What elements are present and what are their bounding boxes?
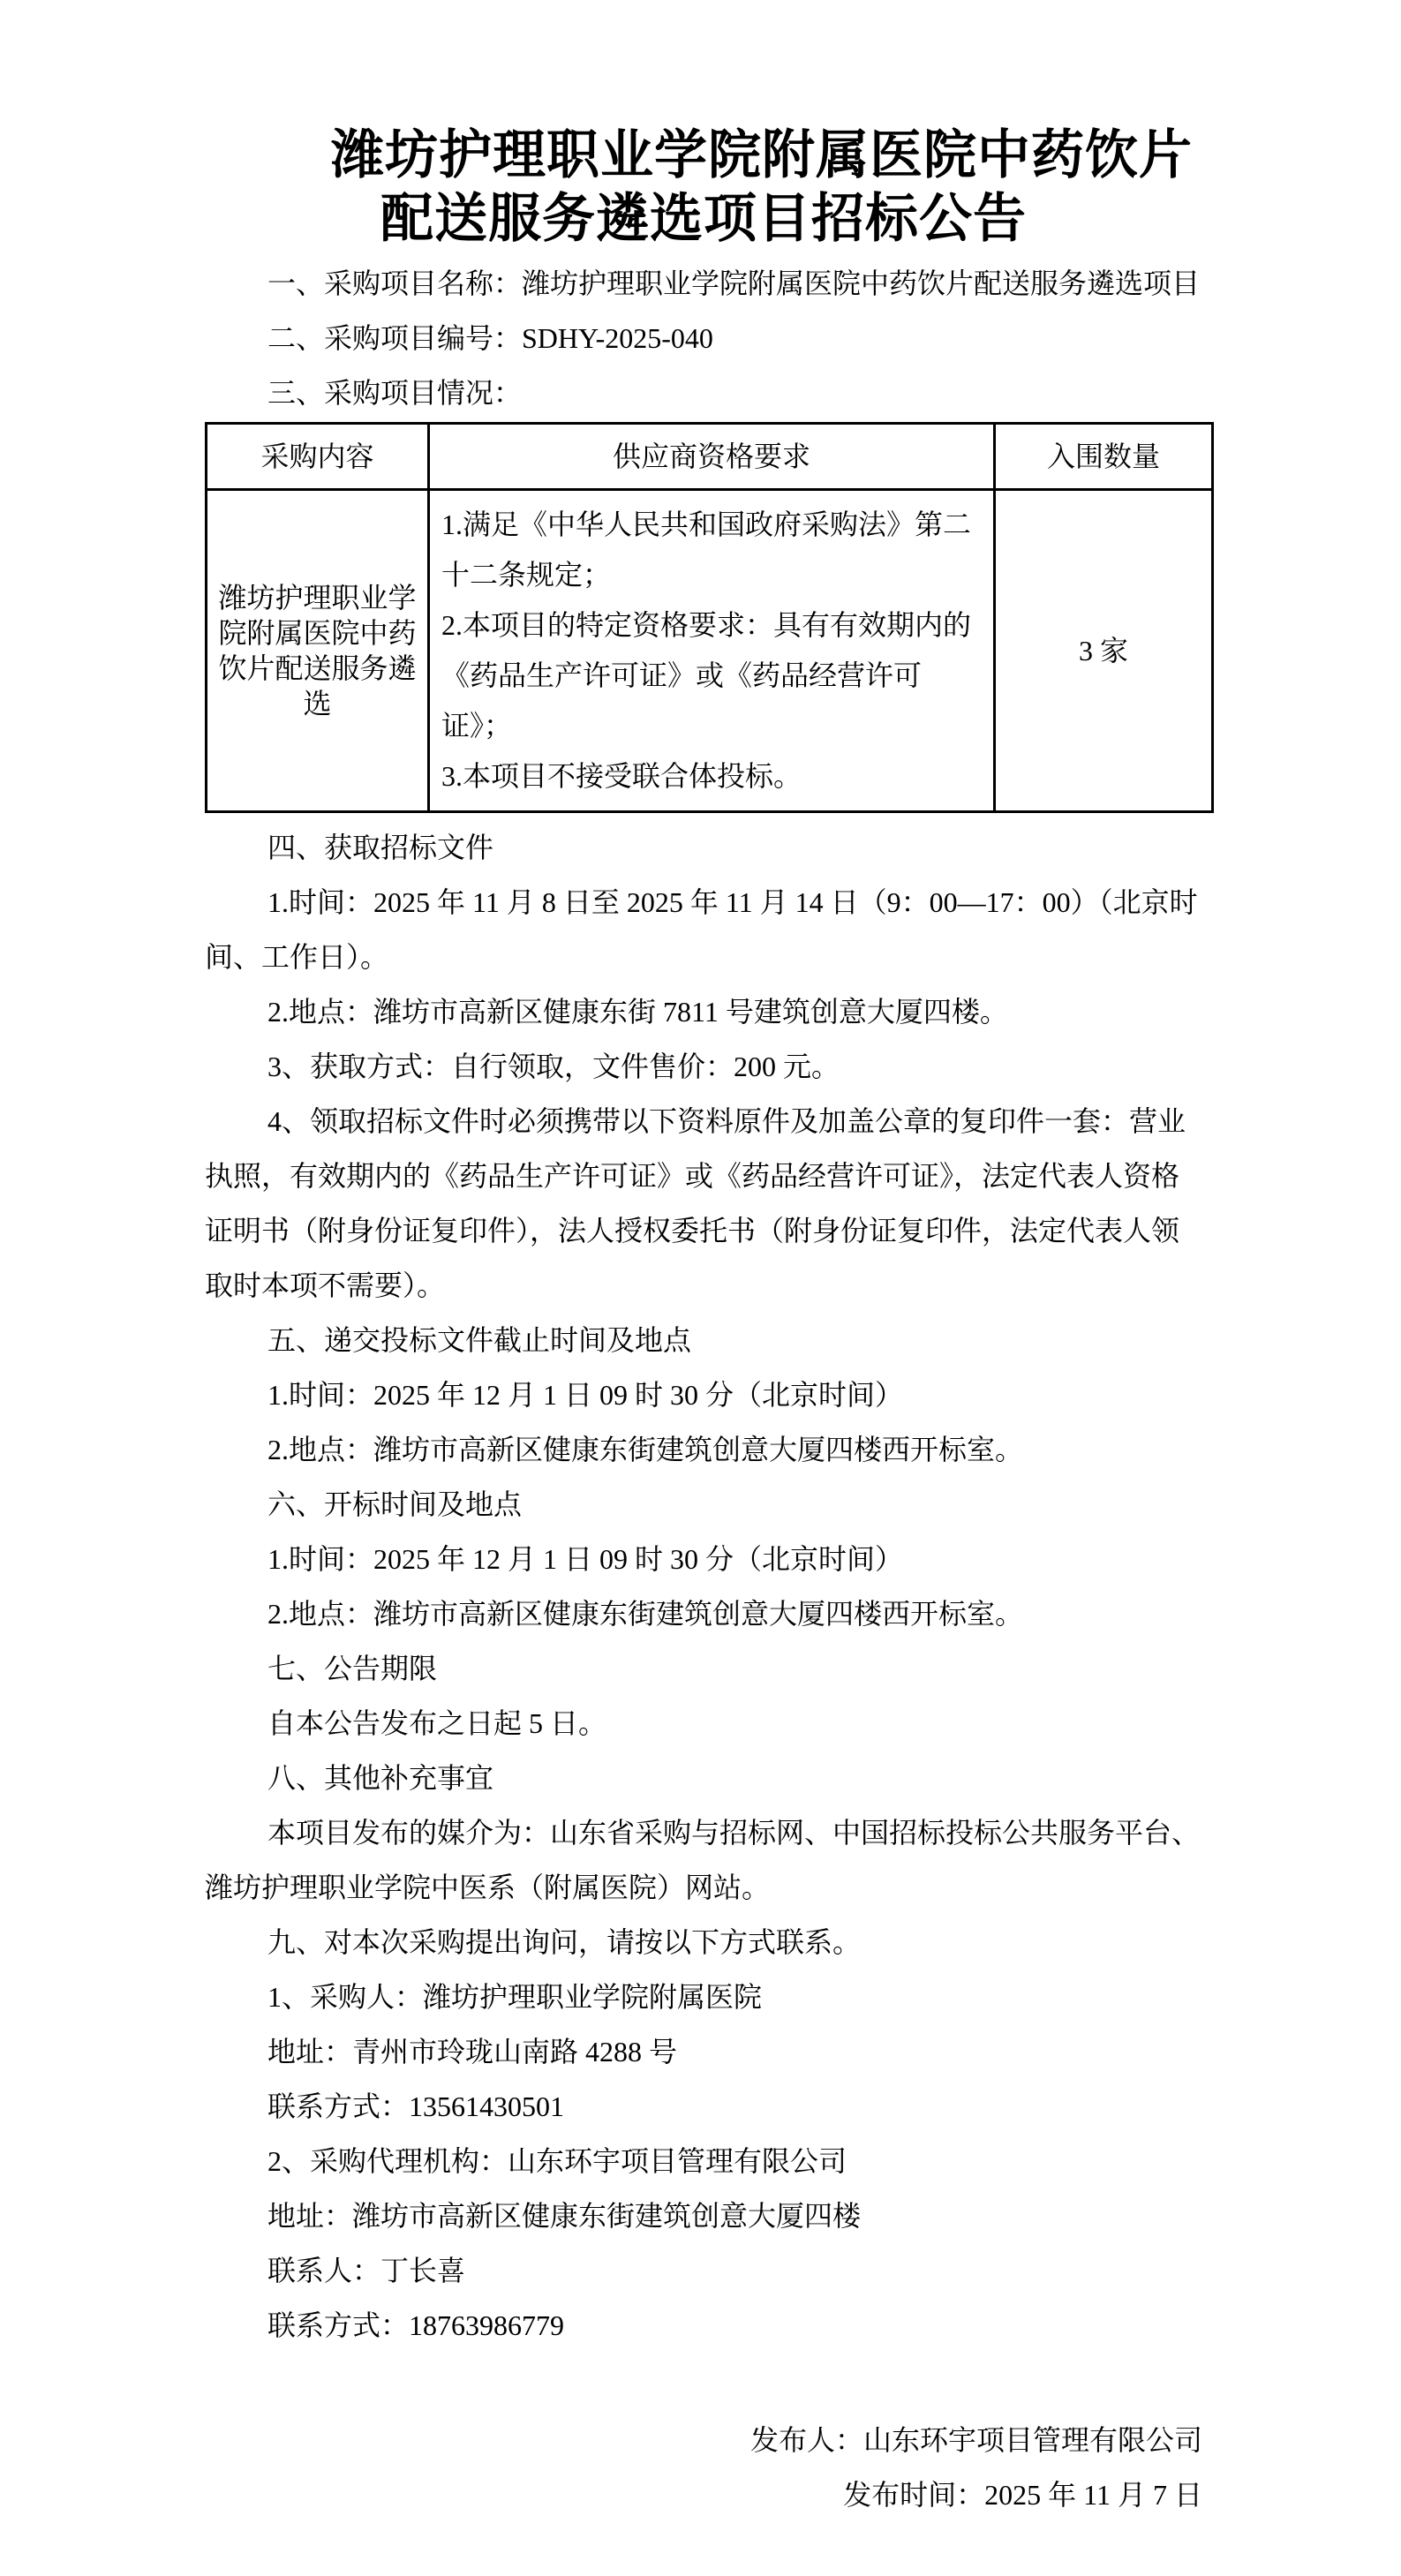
table-cell-procurement-content: 潍坊护理职业学院附属医院中药饮片配送服务遴选 [207,490,429,812]
paragraph-project-number: 二、采购项目编号：SDHY-2025-040 [205,311,1202,365]
page-title: 潍坊护理职业学院附属医院中药饮片配送服务遴选项目招标公告 [205,124,1202,251]
table-cell-shortlist-quantity: 3 家 [995,490,1213,812]
qualification-item-3: 3.本项目不接受联合体投标。 [441,751,984,802]
paragraph-purchaser-phone: 联系方式：13561430501 [205,2079,1202,2134]
paragraph-obtain-time: 1.时间：2025 年 11 月 8 日至 2025 年 11 月 14 日（9… [205,875,1202,984]
table-header-procurement-content: 采购内容 [207,424,429,490]
table-header-shortlist-quantity: 入围数量 [995,424,1213,490]
paragraph-purchaser: 1、采购人：潍坊护理职业学院附属医院 [205,1970,1202,2024]
paragraph-purchaser-address: 地址：青州市玲珑山南路 4288 号 [205,2024,1202,2079]
heading-section-4: 四、获取招标文件 [205,820,1202,875]
paragraph-submit-time: 1.时间：2025 年 12 月 1 日 09 时 30 分（北京时间） [205,1367,1202,1422]
paragraph-open-time: 1.时间：2025 年 12 月 1 日 09 时 30 分（北京时间） [205,1532,1202,1586]
heading-section-7: 七、公告期限 [205,1641,1202,1696]
paragraph-publish-media: 本项目发布的媒介为：山东省采购与招标网、中国招标投标公共服务平台、潍坊护理职业学… [205,1805,1202,1915]
table-row: 潍坊护理职业学院附属医院中药饮片配送服务遴选 1.满足《中华人民共和国政府采购法… [207,490,1213,812]
paragraph-obtain-place: 2.地点：潍坊市高新区健康东街 7811 号建筑创意大厦四楼。 [205,984,1202,1039]
paragraph-agency-contact-person: 联系人：丁长喜 [205,2243,1202,2298]
procurement-info-table: 采购内容 供应商资格要求 入围数量 潍坊护理职业学院附属医院中药饮片配送服务遴选… [205,422,1214,813]
page-title-line-2: 配送服务遴选项目招标公告 [380,190,1027,248]
paragraph-obtain-method: 3、获取方式：自行领取，文件售价：200 元。 [205,1039,1202,1094]
paragraph-agency: 2、采购代理机构：山东环宇项目管理有限公司 [205,2134,1202,2188]
paragraph-project-name: 一、采购项目名称：潍坊护理职业学院附属医院中药饮片配送服务遴选项目 [205,256,1202,311]
paragraph-project-situation: 三、采购项目情况： [205,365,1202,420]
heading-section-8: 八、其他补充事宜 [205,1751,1202,1805]
table-cell-supplier-qualification: 1.满足《中华人民共和国政府采购法》第二十二条规定； 2.本项目的特定资格要求：… [429,490,995,812]
paragraph-submit-place: 2.地点：潍坊市高新区健康东街建筑创意大厦四楼西开标室。 [205,1422,1202,1477]
table-header-supplier-qualification: 供应商资格要求 [429,424,995,490]
document-content: 潍坊护理职业学院附属医院中药饮片配送服务遴选项目招标公告 一、采购项目名称：潍坊… [205,0,1202,2522]
paragraph-open-place: 2.地点：潍坊市高新区健康东街建筑创意大厦四楼西开标室。 [205,1586,1202,1641]
paragraph-obtain-materials: 4、领取招标文件时必须携带以下资料原件及加盖公章的复印件一套：营业执照，有效期内… [205,1094,1202,1313]
paragraph-agency-phone: 联系方式：18763986779 [205,2298,1202,2353]
paragraph-announcement-period: 自本公告发布之日起 5 日。 [205,1696,1202,1751]
heading-section-6: 六、开标时间及地点 [205,1477,1202,1532]
footer-publisher: 发布人：山东环宇项目管理有限公司 [205,2413,1202,2467]
heading-section-5: 五、递交投标文件截止时间及地点 [205,1313,1202,1367]
page-title-line-1: 潍坊护理职业学院附属医院中药饮片 [331,126,1193,185]
qualification-item-1: 1.满足《中华人民共和国政府采购法》第二十二条规定； [441,500,984,600]
footer: 发布人：山东环宇项目管理有限公司 发布时间：2025 年 11 月 7 日 [205,2413,1202,2522]
table-header-row: 采购内容 供应商资格要求 入围数量 [207,424,1213,490]
paragraph-agency-address: 地址：潍坊市高新区健康东街建筑创意大厦四楼 [205,2188,1202,2243]
qualification-item-2: 2.本项目的特定资格要求：具有有效期内的《药品生产许可证》或《药品经营许可证》； [441,600,984,751]
footer-publish-date: 发布时间：2025 年 11 月 7 日 [205,2467,1202,2522]
heading-section-9: 九、对本次采购提出询问，请按以下方式联系。 [205,1915,1202,1970]
announcement-document-page: 潍坊护理职业学院附属医院中药饮片配送服务遴选项目招标公告 一、采购项目名称：潍坊… [0,0,1401,2576]
